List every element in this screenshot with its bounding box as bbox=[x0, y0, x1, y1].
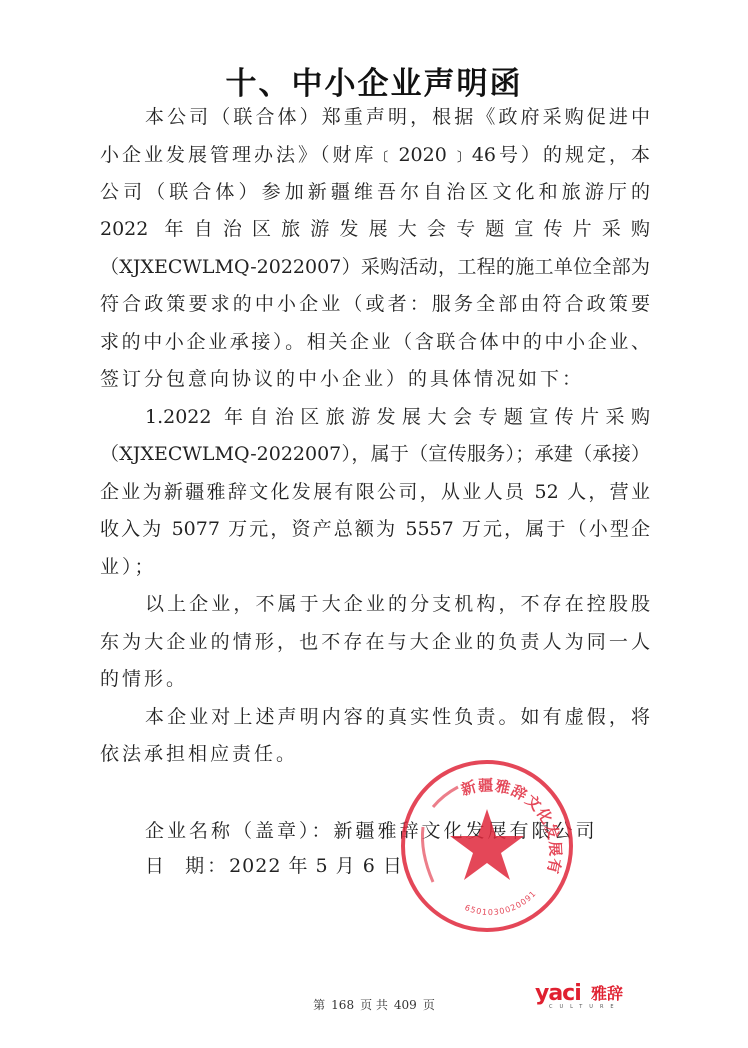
paragraph-line: 本企业对上述声明内容的真实性负责。如有虚假，将 bbox=[145, 704, 650, 730]
item-line: 企业为新疆雅辞文化发展有限公司，从业人员 52 人，营业 bbox=[100, 479, 650, 505]
paragraph-line: 的情形。 bbox=[100, 666, 650, 692]
svg-text:6501030020091: 6501030020091 bbox=[463, 889, 538, 917]
yaci-culture-logo: yaci 雅辞 CULTURE bbox=[535, 980, 645, 1010]
logo-sub: CULTURE bbox=[549, 1004, 621, 1010]
paragraph-line: 符合政策要求的中小企业（或者：服务全部由符合政策要 bbox=[100, 291, 650, 317]
paragraph-line: 公司（联合体）参加新疆维吾尔自治区文化和旅游厅的 bbox=[100, 179, 650, 205]
star-icon bbox=[450, 809, 524, 880]
paragraph-line: 求的中小企业承接）。相关企业（含联合体中的中小企业、 bbox=[100, 329, 650, 355]
page-title: 十、中小企业声明函 bbox=[0, 58, 748, 103]
item-line: （XJXECWLMQ-2022007），属于（宣传服务）；承建（承接） bbox=[100, 441, 650, 467]
company-label: 企业名称（盖章）： bbox=[145, 820, 334, 842]
company-seal-stamp: 新疆雅辞文化发展有限公司 6501030020091 bbox=[398, 757, 576, 935]
date-label: 日 期： bbox=[145, 855, 229, 877]
paragraph-line: 以上企业，不属于大企业的分支机构，不存在控股股 bbox=[145, 591, 650, 617]
paragraph-line: 签订分包意向协议的中小企业）的具体情况如下： bbox=[100, 366, 650, 392]
paragraph-line: 小企业发展管理办法》（财库﹝2020﹞46号）的规定，本 bbox=[100, 142, 650, 168]
paragraph-line: 2022 年自治区旅游发展大会专题宣传片采购 bbox=[100, 216, 650, 242]
paragraph-line: （XJXECWLMQ-2022007）采购活动，工程的施工单位全部为 bbox=[100, 254, 650, 280]
logo-latin: yaci bbox=[535, 981, 581, 1006]
item-line: 1.2022 年自治区旅游发展大会专题宣传片采购 bbox=[145, 404, 650, 430]
paragraph-line: 本公司（联合体）郑重声明，根据《政府采购促进中 bbox=[145, 104, 650, 130]
date-line: 日 期：2022 年 5 月 6 日 bbox=[145, 853, 403, 879]
item-line: 业）； bbox=[100, 554, 650, 580]
logo-chinese: 雅辞 bbox=[590, 984, 623, 1003]
seal-code: 6501030020091 bbox=[463, 889, 538, 917]
date-value: 2022 年 5 月 6 日 bbox=[229, 855, 403, 877]
paragraph-line: 东为大企业的情形，也不存在与大企业的负责人为同一人 bbox=[100, 629, 650, 655]
item-line: 收入为 5077 万元，资产总额为 5557 万元，属于（小型企 bbox=[100, 516, 650, 542]
